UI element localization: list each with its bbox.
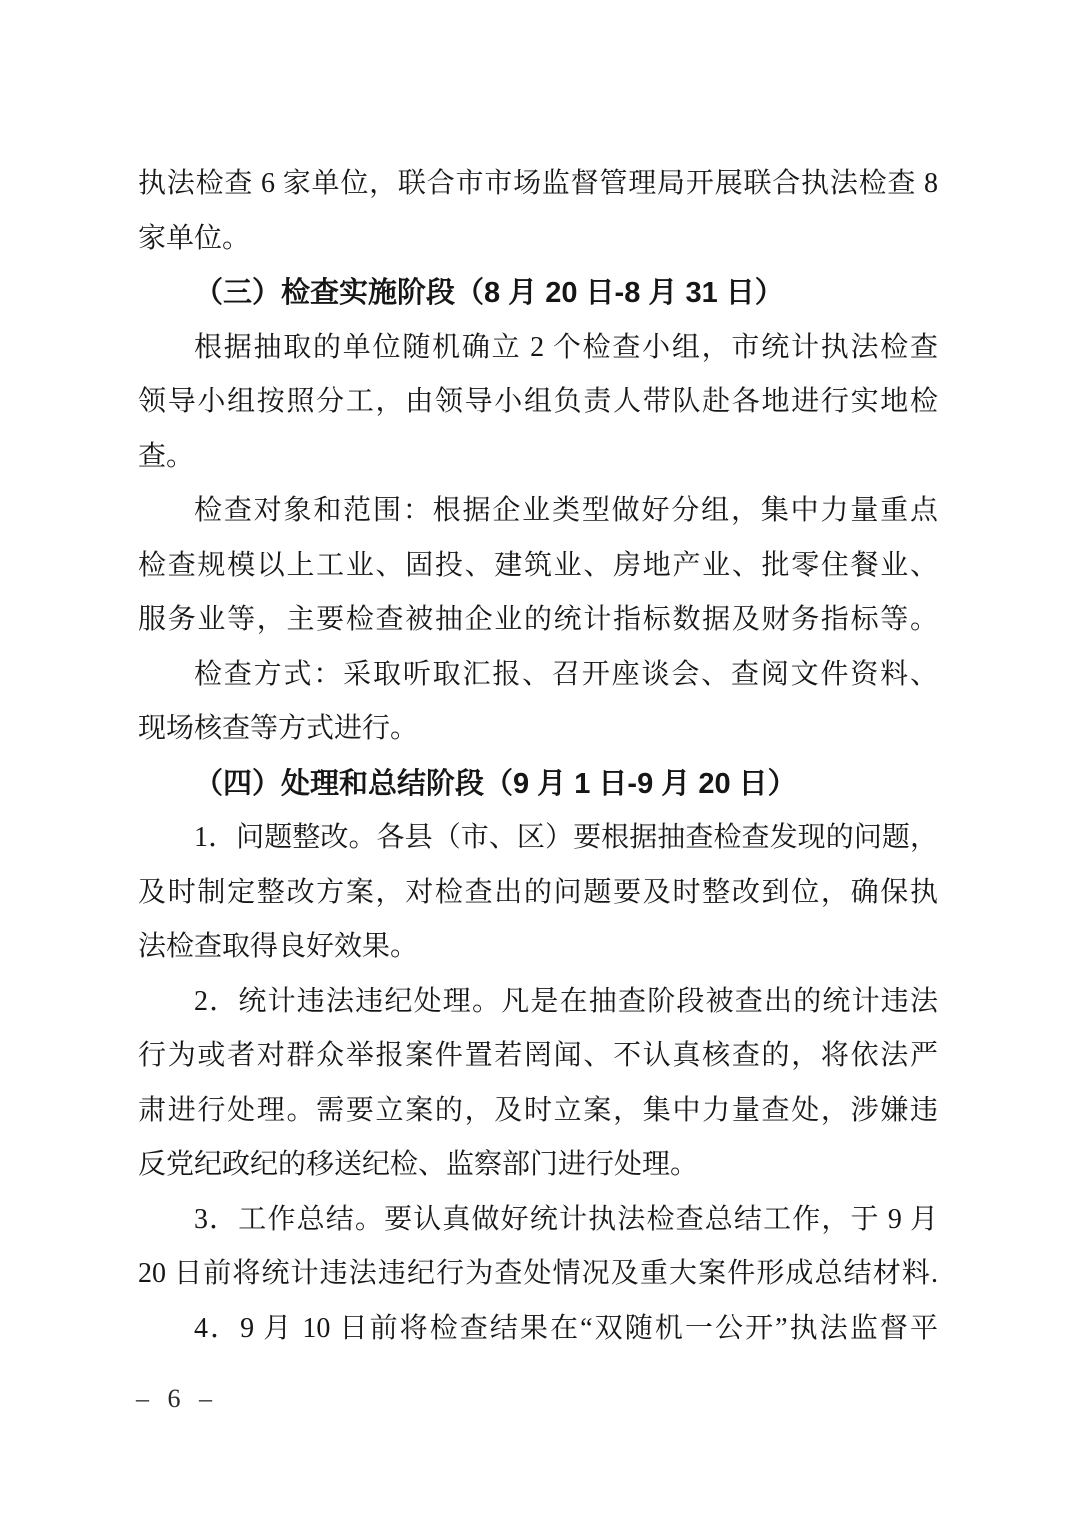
text-line: 3．工作总结。要认真做好统计执法检查总结工作，于 9 月 xyxy=(138,1193,938,1248)
text-line: 2．统计违法违纪处理。凡是在抽查阶段被查出的统计违法 xyxy=(138,975,938,1030)
text-line: 20 日前将统计违法违纪行为查处情况及重大案件形成总结材料. xyxy=(138,1247,938,1302)
text-line: 现场核查等方式进行。 xyxy=(138,702,938,757)
text-line: 服务业等，主要检查被抽企业的统计指标数据及财务指标等。 xyxy=(138,593,938,648)
section-heading: （三）检查实施阶段（8 月 20 日-8 月 31 日） xyxy=(138,266,938,321)
section-heading: （四）处理和总结阶段（9 月 1 日-9 月 20 日） xyxy=(138,757,938,812)
text-line: 行为或者对群众举报案件置若罔闻、不认真核查的，将依法严 xyxy=(138,1029,938,1084)
text-line: 检查对象和范围：根据企业类型做好分组，集中力量重点 xyxy=(138,484,938,539)
text-line: 1．问题整改。各县（市、区）要根据抽查检查发现的问题， xyxy=(138,811,938,866)
text-line: 及时制定整改方案，对检查出的问题要及时整改到位，确保执 xyxy=(138,866,938,921)
text-line: 执法检查 6 家单位，联合市市场监督管理局开展联合执法检查 8 xyxy=(138,157,938,212)
document-page: 执法检查 6 家单位，联合市市场监督管理局开展联合执法检查 8家单位。（三）检查… xyxy=(0,0,1069,1515)
text-line: 反党纪政纪的移送纪检、监察部门进行处理。 xyxy=(138,1138,938,1193)
text-line: 查。 xyxy=(138,430,938,485)
page-number: – 6 – xyxy=(136,1384,218,1414)
text-line: 家单位。 xyxy=(138,212,938,267)
text-line: 根据抽取的单位随机确立 2 个检查小组，市统计执法检查 xyxy=(138,321,938,376)
text-line: 领导小组按照分工，由领导小组负责人带队赴各地进行实地检 xyxy=(138,375,938,430)
text-line: 检查方式：采取听取汇报、召开座谈会、查阅文件资料、 xyxy=(138,648,938,703)
text-line: 肃进行处理。需要立案的，及时立案，集中力量查处，涉嫌违 xyxy=(138,1084,938,1139)
text-line: 检查规模以上工业、固投、建筑业、房地产业、批零住餐业、 xyxy=(138,539,938,594)
text-line: 4．9 月 10 日前将检查结果在“双随机一公开”执法监督平 xyxy=(138,1302,938,1357)
text-line: 法检查取得良好效果。 xyxy=(138,920,938,975)
document-body: 执法检查 6 家单位，联合市市场监督管理局开展联合执法检查 8家单位。（三）检查… xyxy=(138,157,938,1356)
